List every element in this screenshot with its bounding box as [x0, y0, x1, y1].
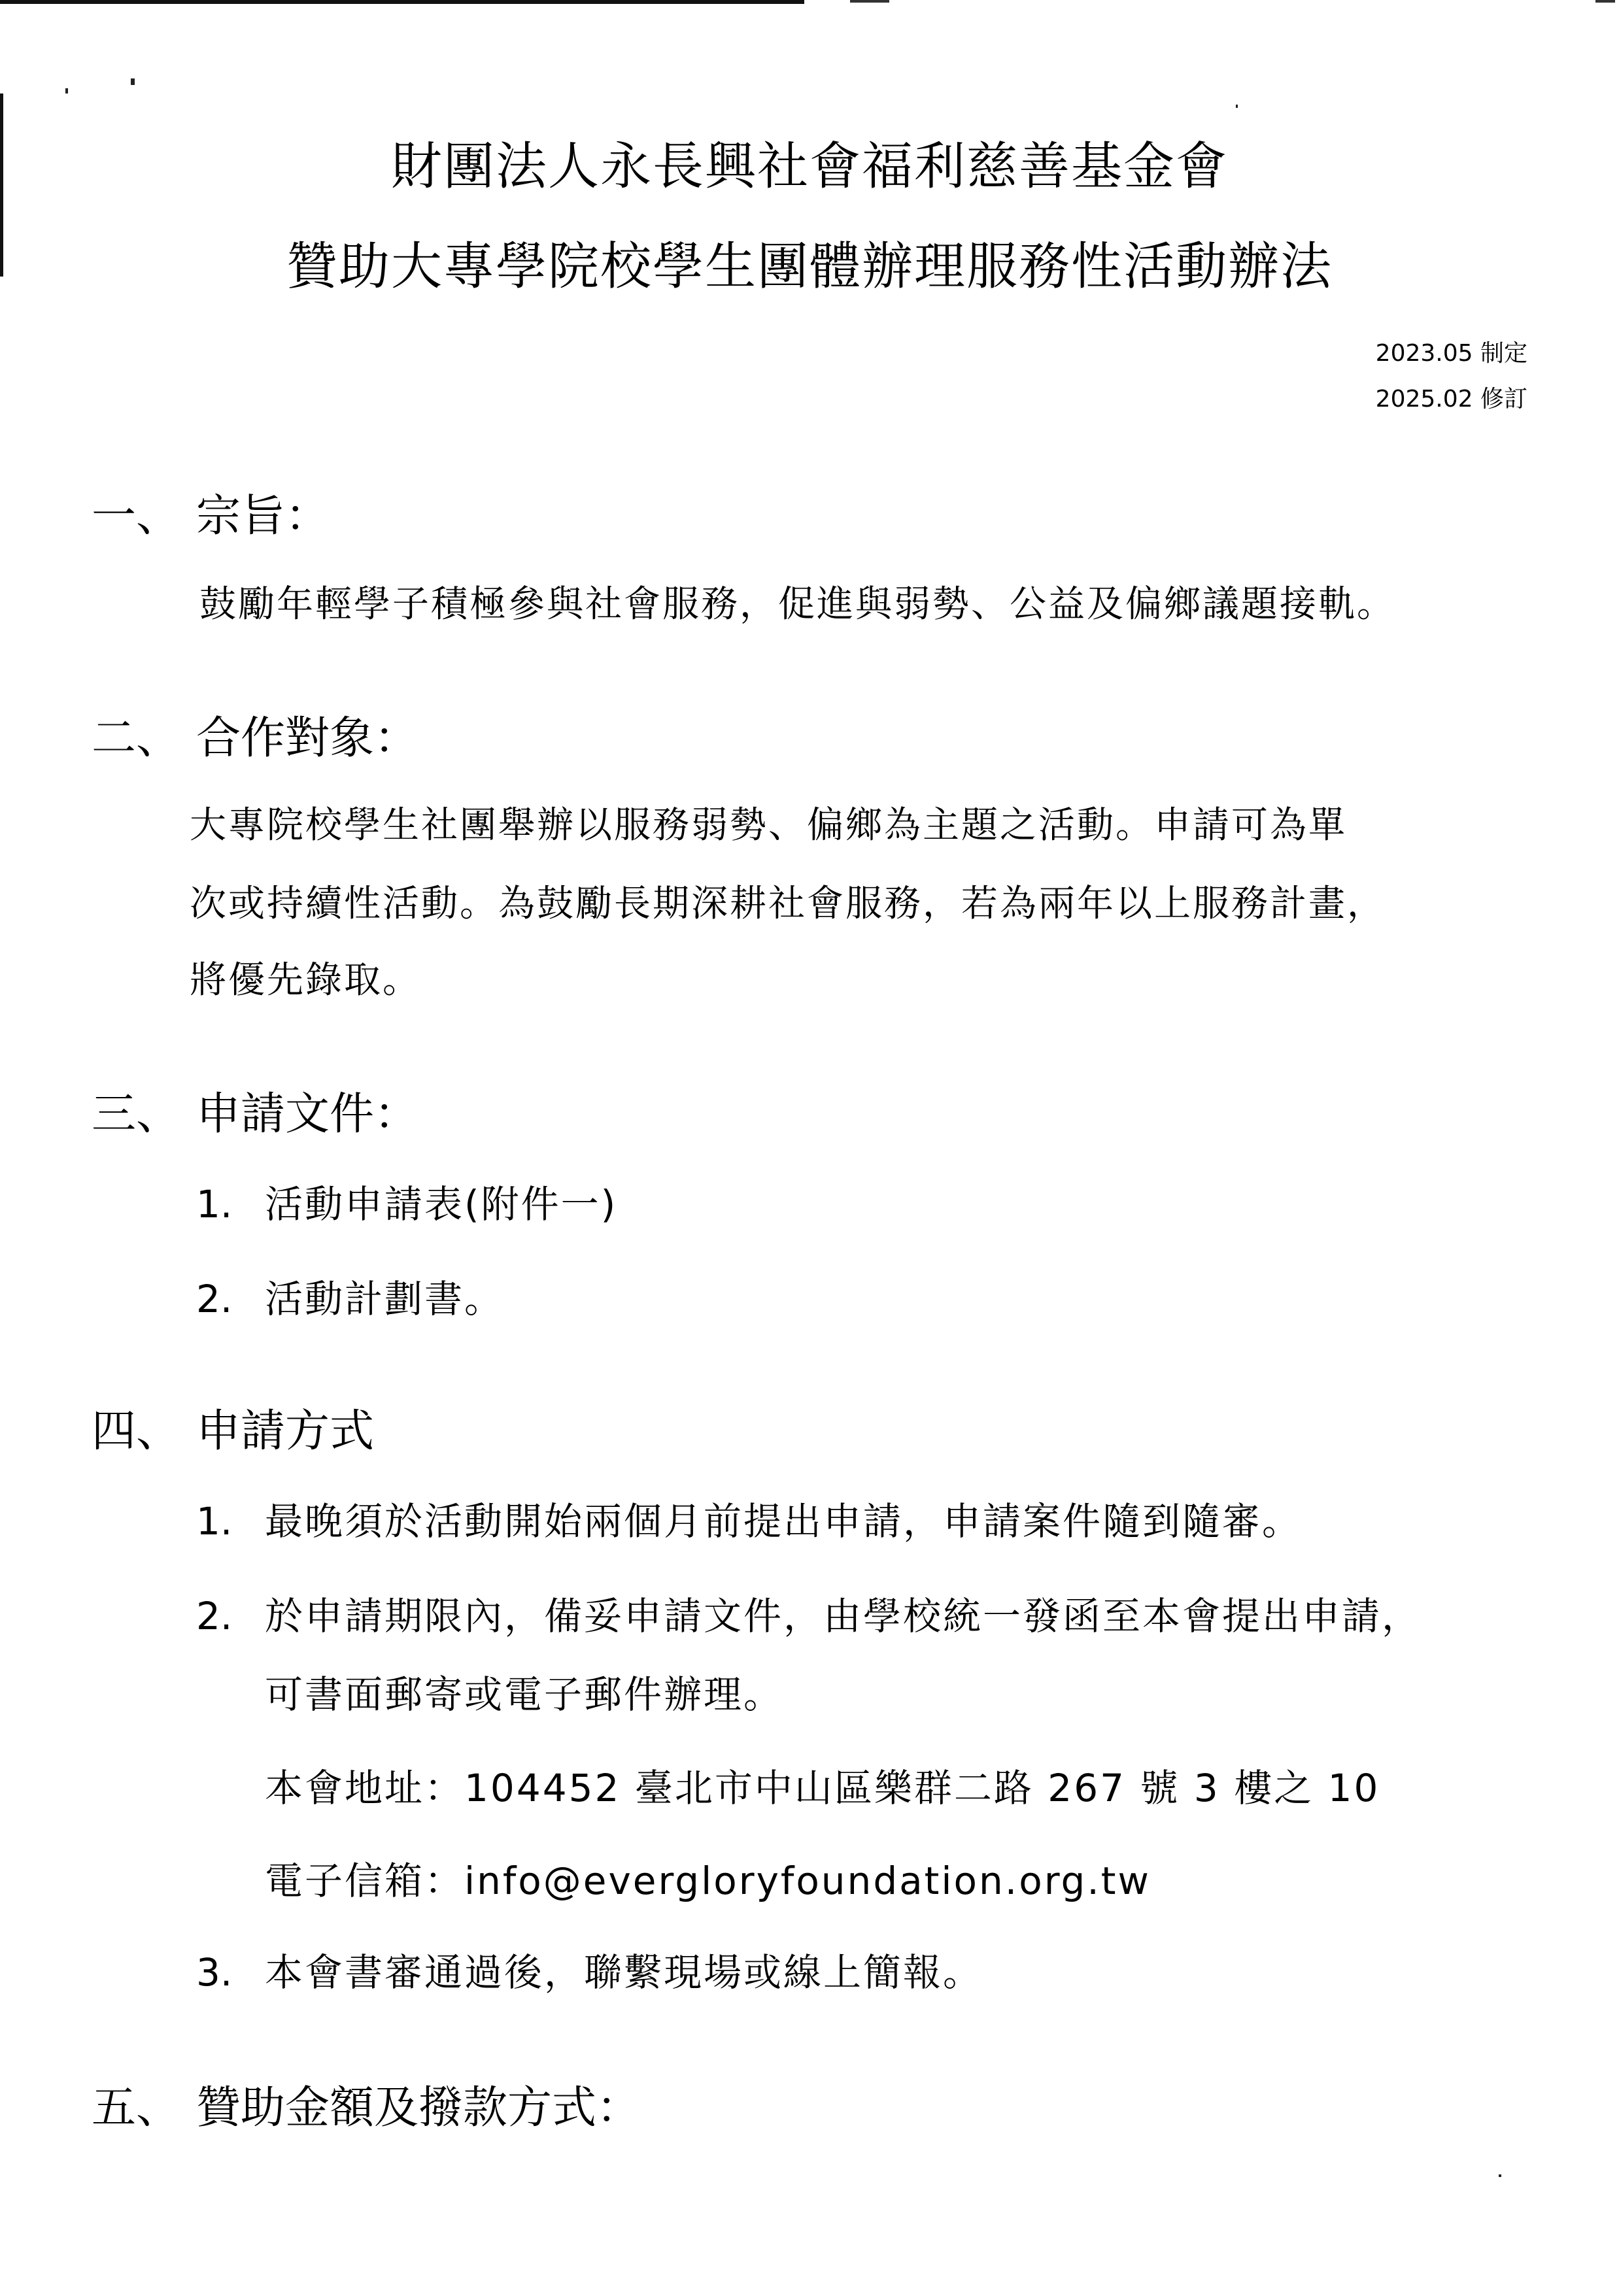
section-heading-documents: 三、申請文件：: [92, 1079, 418, 1142]
date-enacted: 2023.05 制定: [1376, 335, 1527, 368]
list-item-deadline: 1.最晚須於活動開始兩個月前提出申請，申請案件隨到隨審。: [196, 1491, 1302, 1545]
list-item-submission: 2.於申請期限內，備妥申請文件，由學校統一發函至本會提出申請，: [196, 1585, 1422, 1640]
section-title: 合作對象：: [196, 713, 418, 764]
section-number: 五、: [92, 2072, 196, 2136]
section-number: 四、: [92, 1396, 196, 1459]
list-text: 於申請期限內，備妥申請文件，由學校統一發函至本會提出申請，: [265, 1594, 1422, 1638]
list-marker: 3.: [196, 1950, 265, 1995]
list-marker: 2.: [196, 1277, 265, 1321]
section-heading-application-method: 四、申請方式: [92, 1396, 374, 1459]
email-link[interactable]: info@everglоryfoundation.org.tw: [464, 1859, 1151, 1903]
eligibility-text-line: 次或持續性活動。為鼓勵長期深耕社會服務，若為兩年以上服務計畫，: [190, 875, 1386, 927]
list-item-review: 3.本會書審通過後，聯繫現場或線上簡報。: [196, 1942, 983, 1997]
list-marker: 1.: [196, 1499, 265, 1544]
purpose-text: 鼓勵年輕學子積極參與社會服務，促進與弱勢、公益及偏鄉議題接軌。: [199, 575, 1395, 628]
scan-artifact: [1595, 0, 1615, 3]
address-label: 本會地址：: [265, 1766, 464, 1810]
section-number: 二、: [92, 703, 196, 766]
submission-continuation: 可書面郵寄或電子郵件辦理。: [265, 1664, 783, 1719]
list-item-application-form: 1.活動申請表(附件一): [196, 1173, 617, 1228]
section-title: 贊助金額及撥款方式：: [196, 2082, 641, 2134]
date-revised: 2025.02 修訂: [1376, 380, 1527, 414]
list-text: 活動申請表(附件一): [265, 1182, 617, 1226]
foundation-email: 電子信箱：info@everglоryfoundation.org.tw: [265, 1850, 1151, 1905]
section-title: 申請方式: [196, 1406, 374, 1457]
email-label: 電子信箱：: [265, 1859, 464, 1903]
document-title-org: 財團法人永長興社會福利慈善基金會: [0, 126, 1619, 199]
list-text: 本會書審通過後，聯繫現場或線上簡報。: [265, 1950, 983, 1995]
section-title: 宗旨：: [196, 490, 330, 542]
list-text: 活動計劃書。: [265, 1277, 504, 1321]
scan-artifact: [850, 0, 889, 3]
scan-speck: [131, 78, 135, 85]
list-marker: 1.: [196, 1182, 265, 1226]
section-heading-eligibility: 二、合作對象：: [92, 703, 418, 766]
section-heading-funding: 五、贊助金額及撥款方式：: [92, 2072, 641, 2136]
list-marker: 2.: [196, 1594, 265, 1638]
document-title-regulation: 贊助大專學院校學生團體辦理服務性活動辦法: [0, 226, 1619, 299]
scan-artifact-top-border: [0, 0, 804, 4]
eligibility-text-line: 大專院校學生社團舉辦以服務弱勢、偏鄉為主題之活動。申請可為單: [190, 796, 1347, 849]
section-title: 申請文件：: [196, 1089, 418, 1140]
list-text: 最晚須於活動開始兩個月前提出申請，申請案件隨到隨審。: [265, 1499, 1302, 1544]
scan-speck: [1236, 105, 1238, 108]
eligibility-text-line: 將優先錄取。: [190, 951, 421, 1004]
section-number: 三、: [92, 1079, 196, 1142]
scan-speck: [1499, 2174, 1501, 2177]
scan-speck: [65, 88, 68, 93]
foundation-address: 本會地址：104452 臺北市中山區樂群二路 267 號 3 樓之 10: [265, 1757, 1380, 1812]
section-heading-purpose: 一、宗旨：: [92, 481, 330, 544]
list-item-activity-plan: 2.活動計劃書。: [196, 1268, 504, 1323]
address-value: 104452 臺北市中山區樂群二路 267 號 3 樓之 10: [464, 1766, 1380, 1810]
section-number: 一、: [92, 481, 196, 544]
